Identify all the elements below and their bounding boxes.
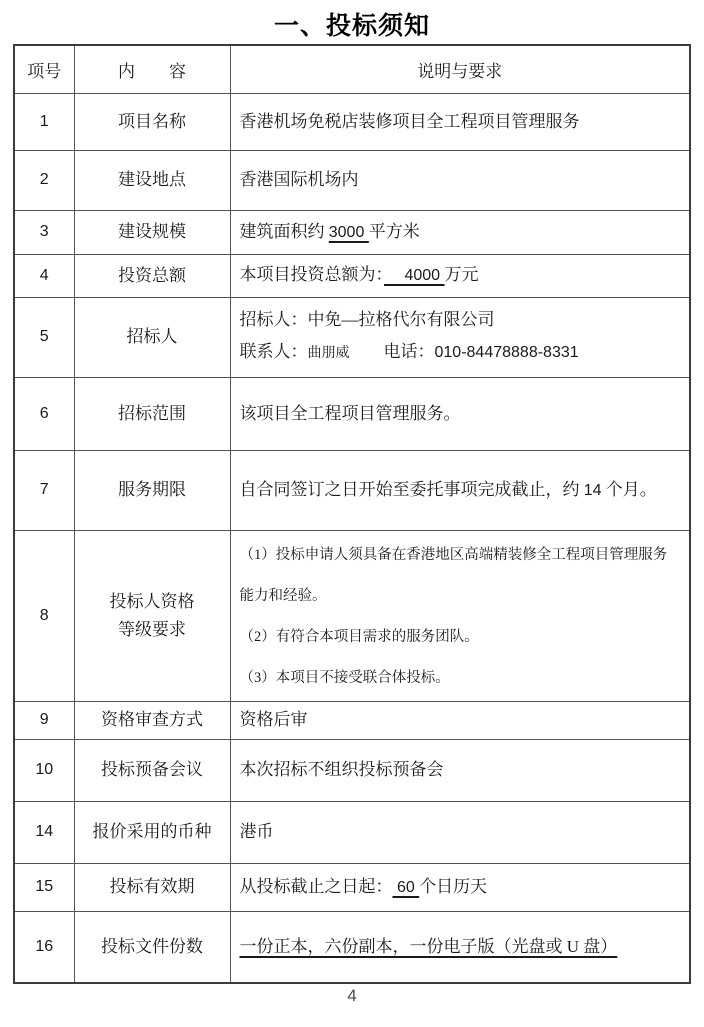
cell-description: 香港国际机场内	[230, 150, 690, 210]
text-segment: 个月。	[602, 480, 657, 499]
text-segment: 从投标截止之日起：	[240, 877, 393, 896]
cell-content: 建设地点	[74, 150, 230, 210]
text-segment: （2）有符合本项目需求的服务团队。	[240, 629, 479, 645]
cell-description: 港币	[230, 801, 690, 863]
header-item-no: 项号	[14, 45, 74, 93]
cell-description: 该项目全工程项目管理服务。	[230, 377, 690, 450]
table-row: 10投标预备会议本次招标不组织投标预备会	[14, 739, 690, 801]
description-line: 一份正本，六份副本，一份电子版（光盘或 U 盘）	[240, 934, 684, 960]
text-segment: 万元	[445, 265, 479, 284]
cell-description: 本项目投资总额为： 4000 万元	[230, 254, 690, 297]
bid-notice-table: 项号 内 容 说明与要求 1项目名称香港机场免税店装修项目全工程项目管理服务2建…	[13, 44, 691, 984]
text-segment: 港币	[240, 822, 274, 841]
text-segment: 招标人：中免—拉格代尔有限公司	[240, 310, 495, 329]
content-line: 投标有效期	[75, 873, 230, 901]
cell-item-no: 4	[14, 254, 74, 297]
text-segment: 一份正本，六份副本，一份电子版（光盘或 U 盘）	[240, 937, 618, 956]
text-segment: 4000	[384, 267, 445, 284]
cell-item-no: 3	[14, 210, 74, 254]
cell-item-no: 14	[14, 801, 74, 863]
text-segment: 14	[584, 482, 602, 499]
cell-item-no: 5	[14, 297, 74, 377]
text-segment: 3000	[329, 224, 369, 241]
content-line: 建设地点	[75, 166, 230, 194]
description-line: 香港机场免税店装修项目全工程项目管理服务	[240, 109, 684, 135]
document-page: 一、投标须知 项号 内 容 说明与要求 1项目名称香港机场免税店装修项目全工程项…	[0, 0, 704, 1027]
text-segment: 该项目全工程项目管理服务。	[240, 404, 461, 423]
cell-content: 招标范围	[74, 377, 230, 450]
text-segment: 资格后审	[240, 710, 308, 729]
text-segment: 本项目投资总额为：	[240, 265, 385, 284]
table-row: 5招标人招标人：中免—拉格代尔有限公司联系人：曲朋威 电话：010-844788…	[14, 297, 690, 377]
cell-description: 香港机场免税店装修项目全工程项目管理服务	[230, 93, 690, 150]
content-line: 等级要求	[75, 616, 230, 644]
table-row: 15投标有效期从投标截止之日起： 60 个日历天	[14, 863, 690, 911]
cell-item-no: 10	[14, 739, 74, 801]
table-row: 7服务期限自合同签订之日开始至委托事项完成截止，约 14 个月。	[14, 450, 690, 530]
text-segment: 个日历天	[419, 877, 487, 896]
cell-content: 投标预备会议	[74, 739, 230, 801]
content-line: 招标范围	[75, 400, 230, 428]
table-row: 3建设规模建筑面积约 3000 平方米	[14, 210, 690, 254]
cell-content: 服务期限	[74, 450, 230, 530]
table-row: 4投资总额本项目投资总额为： 4000 万元	[14, 254, 690, 297]
text-segment: （3）本项目不接受联合体投标。	[240, 670, 450, 686]
description-line: 能力和经验。	[240, 575, 684, 616]
cell-content: 报价采用的币种	[74, 801, 230, 863]
cell-description: 招标人：中免—拉格代尔有限公司联系人：曲朋威 电话：010-84478888-8…	[230, 297, 690, 377]
cell-content: 投标有效期	[74, 863, 230, 911]
cell-description: 自合同签订之日开始至委托事项完成截止，约 14 个月。	[230, 450, 690, 530]
cell-description: 从投标截止之日起： 60 个日历天	[230, 863, 690, 911]
table-row: 8投标人资格等级要求（1）投标申请人须具备在香港地区高端精装修全工程项目管理服务…	[14, 530, 690, 701]
table-body: 1项目名称香港机场免税店装修项目全工程项目管理服务2建设地点香港国际机场内3建设…	[14, 93, 690, 983]
cell-item-no: 16	[14, 911, 74, 983]
text-segment: 自合同签订之日开始至委托事项完成截止，约	[240, 480, 584, 499]
table-row: 14报价采用的币种港币	[14, 801, 690, 863]
description-line: 资格后审	[240, 707, 684, 733]
cell-item-no: 8	[14, 530, 74, 701]
header-content: 内 容	[74, 45, 230, 93]
page-number: 4	[0, 986, 704, 1006]
description-line: 联系人：曲朋威 电话：010-84478888-8331	[240, 336, 684, 370]
cell-description: 本次招标不组织投标预备会	[230, 739, 690, 801]
table-row: 6招标范围该项目全工程项目管理服务。	[14, 377, 690, 450]
description-line: 自合同签订之日开始至委托事项完成截止，约 14 个月。	[240, 477, 684, 504]
cell-description: 一份正本，六份副本，一份电子版（光盘或 U 盘）	[230, 911, 690, 983]
cell-item-no: 2	[14, 150, 74, 210]
cell-item-no: 6	[14, 377, 74, 450]
table-row: 1项目名称香港机场免税店装修项目全工程项目管理服务	[14, 93, 690, 150]
description-line: 建筑面积约 3000 平方米	[240, 219, 684, 246]
description-line: 港币	[240, 819, 684, 845]
content-line: 投标预备会议	[75, 756, 230, 784]
table-row: 9资格审查方式资格后审	[14, 701, 690, 739]
description-line: 本项目投资总额为： 4000 万元	[240, 262, 684, 289]
text-segment: 联系人：	[240, 342, 308, 361]
text-segment: 能力和经验。	[240, 588, 327, 604]
content-line: 项目名称	[75, 108, 230, 136]
content-line: 服务期限	[75, 476, 230, 504]
description-line: 该项目全工程项目管理服务。	[240, 401, 684, 427]
table-header-row: 项号 内 容 说明与要求	[14, 45, 690, 93]
cell-description: （1）投标申请人须具备在香港地区高端精装修全工程项目管理服务能力和经验。（2）有…	[230, 530, 690, 701]
text-segment: 电话：	[350, 342, 435, 361]
cell-content: 投资总额	[74, 254, 230, 297]
header-description: 说明与要求	[230, 45, 690, 93]
description-line: 招标人：中免—拉格代尔有限公司	[240, 304, 684, 336]
text-segment: 香港机场免税店装修项目全工程项目管理服务	[240, 112, 580, 131]
description-line: （1）投标申请人须具备在香港地区高端精装修全工程项目管理服务	[240, 534, 684, 575]
cell-item-no: 9	[14, 701, 74, 739]
description-line: 香港国际机场内	[240, 167, 684, 193]
content-line: 招标人	[75, 323, 230, 351]
text-segment: 平方米	[369, 222, 420, 241]
cell-content: 建设规模	[74, 210, 230, 254]
content-line: 投标文件份数	[75, 933, 230, 961]
table-row: 16投标文件份数一份正本，六份副本，一份电子版（光盘或 U 盘）	[14, 911, 690, 983]
text-segment: （1）投标申请人须具备在香港地区高端精装修全工程项目管理服务	[240, 547, 668, 563]
text-segment: 曲朋威	[308, 346, 350, 361]
text-segment: 本次招标不组织投标预备会	[240, 760, 444, 779]
page-title: 一、投标须知	[0, 6, 704, 42]
description-line: 从投标截止之日起： 60 个日历天	[240, 874, 684, 901]
cell-description: 建筑面积约 3000 平方米	[230, 210, 690, 254]
table-row: 2建设地点香港国际机场内	[14, 150, 690, 210]
cell-description: 资格后审	[230, 701, 690, 739]
description-line: 本次招标不组织投标预备会	[240, 757, 684, 783]
cell-content: 投标文件份数	[74, 911, 230, 983]
content-line: 投标人资格	[75, 588, 230, 616]
cell-content: 项目名称	[74, 93, 230, 150]
description-line: （3）本项目不接受联合体投标。	[240, 657, 684, 698]
cell-content: 招标人	[74, 297, 230, 377]
content-line: 资格审查方式	[75, 706, 230, 734]
text-segment: 香港国际机场内	[240, 170, 359, 189]
cell-item-no: 15	[14, 863, 74, 911]
description-line: （2）有符合本项目需求的服务团队。	[240, 616, 684, 657]
cell-content: 投标人资格等级要求	[74, 530, 230, 701]
text-segment: 010-84478888-8331	[435, 344, 579, 361]
content-line: 报价采用的币种	[75, 818, 230, 846]
cell-content: 资格审查方式	[74, 701, 230, 739]
cell-item-no: 7	[14, 450, 74, 530]
text-segment: 建筑面积约	[240, 222, 329, 241]
cell-item-no: 1	[14, 93, 74, 150]
content-line: 投资总额	[75, 262, 230, 290]
text-segment: 60	[393, 879, 420, 896]
content-line: 建设规模	[75, 218, 230, 246]
